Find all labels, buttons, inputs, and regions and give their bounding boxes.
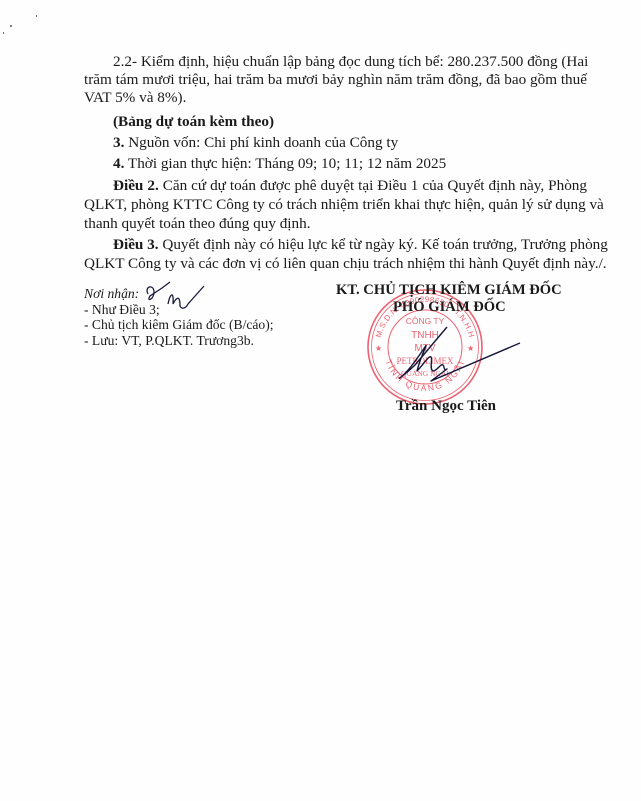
item-2-2-line-2: trăm tám mươi triệu, hai trăm ba mươi bả…	[84, 71, 587, 89]
article-2-line-1: Điều 2. Căn cứ dự toán được phê duyệt tạ…	[113, 177, 587, 195]
item-3-text: Nguồn vốn: Chi phí kinh doanh của Công t…	[124, 134, 398, 151]
article-2-text: Căn cứ dự toán được phê duyệt tại Điều 1…	[159, 177, 587, 194]
article-2-line-2: QLKT, phòng KTTC Công ty có trách nhiệm …	[84, 196, 587, 214]
document-page: 2.2- Kiểm định, hiệu chuẩn lập bảng đọc …	[0, 0, 641, 801]
stamp-inner-line: PETROLIMEX	[397, 356, 454, 366]
article-2-text: QLKT, phòng KTTC Công ty có trách nhiệm …	[84, 196, 587, 214]
scan-speck	[3, 32, 4, 34]
scan-speck	[10, 25, 12, 27]
article-3-line-2: QLKT Công ty và các đơn vị có liên quan …	[84, 255, 607, 273]
scan-speck	[36, 15, 37, 17]
stamp-inner-line: MTV	[414, 343, 435, 354]
item-2-2-text: trăm tám mươi triệu, hai trăm ba mươi bả…	[84, 71, 587, 89]
recipient-item: - Chủ tịch kiêm Giám đốc (B/cáo);	[84, 317, 274, 333]
article-2-label: Điều 2.	[113, 177, 159, 194]
attachment-note: (Bảng dự toán kèm theo)	[113, 113, 274, 131]
stamp-inner-line: QUẢNG NGÃI	[401, 368, 449, 378]
item-3: 3. Nguồn vốn: Chi phí kinh doanh của Côn…	[113, 134, 398, 152]
item-2-2-text: 2.2- Kiểm định, hiệu chuẩn lập bảng đọc …	[113, 53, 587, 71]
signature-title-line-2: PHÓ GIÁM ĐỐC	[393, 299, 506, 316]
signature-title-line-1: KT. CHỦ TỊCH KIÊM GIÁM ĐỐC	[336, 282, 562, 299]
article-2-line-3: thanh quyết toán theo đúng quy định.	[84, 215, 311, 233]
stamp-inner-line: TNHH	[411, 330, 439, 341]
recipient-item: - Lưu: VT, P.QLKT. Trương3b.	[84, 333, 274, 349]
article-3-text: Quyết định này có hiệu lực kể từ ngày ký…	[159, 236, 608, 253]
recipient-item: - Như Điều 3;	[84, 302, 274, 318]
item-2-2-line-1: 2.2- Kiểm định, hiệu chuẩn lập bảng đọc …	[113, 53, 587, 71]
article-3-line-1: Điều 3. Quyết định này có hiệu lực kể từ…	[113, 236, 587, 254]
stamp-star-right-icon: ★	[467, 344, 474, 353]
item-4-label: 4.	[113, 155, 124, 172]
item-4-text: Thời gian thực hiện: Tháng 09; 10; 11; 1…	[124, 155, 446, 172]
recipients-title: Nơi nhận:	[84, 286, 274, 302]
item-3-label: 3.	[113, 134, 124, 151]
item-2-2-line-3: VAT 5% và 8%).	[84, 89, 186, 107]
stamp-star-left-icon: ★	[375, 344, 382, 353]
stamp-inner-line: CÔNG TY	[406, 316, 445, 326]
item-4: 4. Thời gian thực hiện: Tháng 09; 10; 11…	[113, 155, 446, 173]
recipients-block: Nơi nhận: - Như Điều 3; - Chủ tịch kiêm …	[84, 286, 274, 348]
article-3-label: Điều 3.	[113, 236, 159, 253]
signer-name: Trần Ngọc Tiên	[396, 398, 496, 415]
